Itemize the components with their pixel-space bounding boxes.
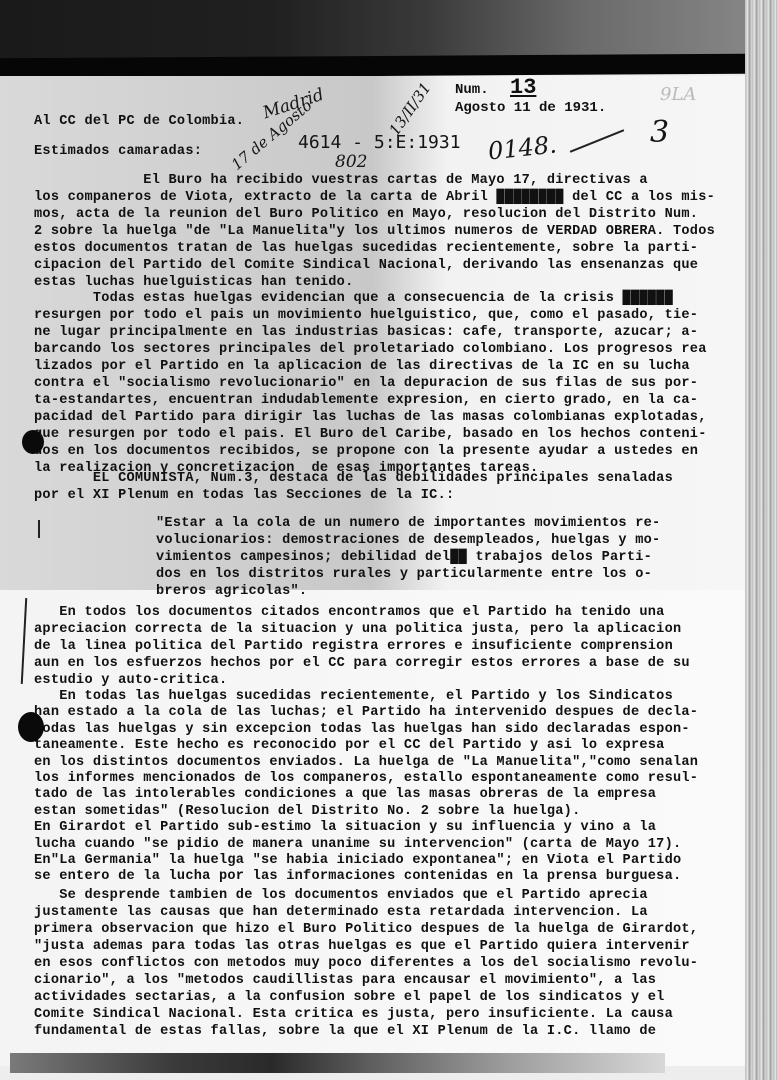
text-line: fundamental de estas fallas, sobre la qu… — [34, 1023, 656, 1040]
text-line: lucha cuando "se pidio de manera unanime… — [34, 836, 681, 853]
text-line: EL COMUNISTA, Num.3, destaca de las debi… — [34, 470, 673, 487]
text-line: aun en los esfuerzos hechos por el CC pa… — [34, 655, 690, 672]
quote-line: dos en los distritos rurales y particula… — [156, 566, 652, 583]
document-date: Agosto 11 de 1931. — [455, 100, 606, 116]
scan-top-band — [0, 54, 745, 79]
ink-blot — [18, 712, 44, 742]
ink-blot — [22, 430, 44, 454]
text-line: en esos conflictos con metodos muy poco … — [34, 955, 698, 972]
salutation: Estimados camaradas: — [34, 143, 202, 160]
text-line: justamente las causas que han determinad… — [34, 904, 648, 921]
text-line: estos documentos tratan de las huelgas s… — [34, 240, 698, 257]
text-line: ne lugar principalmente en las industria… — [34, 324, 698, 341]
text-line: taneamente. Este hecho es reconocido por… — [34, 737, 665, 754]
text-line: se entero de la lucha por las informacio… — [34, 868, 681, 885]
text-line: "justa ademas para todas las otras huelg… — [34, 938, 690, 955]
page-number-handwritten: 3 — [650, 115, 669, 150]
quote-line: breros agricolas". — [156, 583, 307, 600]
document-number: 13 — [510, 75, 536, 100]
quote-line: vimientos campesinos; debilidad del██ tr… — [156, 549, 652, 566]
text-line: han estado a la cola de las luchas; el P… — [34, 704, 698, 721]
text-line: en los distintos documentos enviados. La… — [34, 754, 698, 771]
stamp-number: 4614 - 5:E:1931 — [298, 132, 461, 153]
text-line: por el XI Plenum en todas las Secciones … — [34, 487, 454, 504]
text-line: pacidad del Partido para dirigir las luc… — [34, 409, 707, 426]
text-line: primera observacion que hizo el Buro Pol… — [34, 921, 698, 938]
text-line: Comite Sindical Nacional. Esta critica e… — [34, 1006, 673, 1023]
text-line: estan sometidas" (Resolucion del Distrit… — [34, 803, 581, 820]
text-line: actividades sectarias, a la confusion so… — [34, 989, 665, 1006]
text-line: estas luchas huelguisticas han tenido. — [34, 274, 354, 291]
text-line: todas las huelgas y sin excepcion todas … — [34, 721, 690, 738]
faded-note: 9LA — [660, 84, 696, 105]
scan-right-edge — [745, 0, 777, 1080]
text-line: 2 sobre la huelga "de "La Manuelita"y lo… — [34, 223, 715, 240]
text-line: En"La Germania" la huelga "se habia inic… — [34, 852, 681, 869]
quote-line: "Estar a la cola de un numero de importa… — [156, 515, 660, 532]
text-line: ta-estandartes, encuentran indudablement… — [34, 392, 698, 409]
text-line: cipacion del Partido del Comite Sindical… — [34, 257, 698, 274]
text-line: estudio y auto-critica. — [34, 672, 227, 689]
text-line: Se desprende tambien de los documentos e… — [34, 887, 648, 904]
document-number-label: Num. — [455, 82, 489, 98]
text-line: barcando los sectores principales del pr… — [34, 341, 707, 358]
text-line: En todas las huelgas sucedidas recientem… — [34, 688, 673, 705]
text-line: resurgen por todo el pais un movimiento … — [34, 307, 698, 324]
margin-mark — [38, 520, 40, 538]
text-line: contra el "socialismo revolucionario" en… — [34, 375, 698, 392]
text-line: En Girardot el Partido sub-estimo la sit… — [34, 819, 656, 836]
quote-line: volucionarios: demostraciones de desempl… — [156, 532, 660, 549]
text-line: mos, acta de la reunion del Buro Politic… — [34, 206, 698, 223]
text-line: El Buro ha recibido vuestras cartas de M… — [34, 172, 648, 189]
scan-bottom-band — [10, 1053, 665, 1073]
text-line: que resurgen por todo el pais. El Buro d… — [34, 426, 707, 443]
text-line: En todos los documentos citados encontra… — [34, 604, 665, 621]
addressee: Al CC del PC de Colombia. — [34, 113, 244, 130]
text-line: de la linea politica del Partido registr… — [34, 638, 673, 655]
text-line: apreciacion correcta de la situacion y u… — [34, 621, 681, 638]
text-line: tado de las intolerables condiciones a q… — [34, 786, 656, 803]
text-line: Todas estas huelgas evidencian que a con… — [34, 290, 673, 307]
text-line: los informes mencionados de los companer… — [34, 770, 698, 787]
text-line: lizados por el Partido en la aplicacion … — [34, 358, 690, 375]
text-line: dos en los documentos recibidos, se prop… — [34, 443, 698, 460]
handwritten-note: 802 — [335, 152, 367, 172]
text-line: los companeros de Viota, extracto de la … — [34, 189, 715, 206]
text-line: cionario", a los "metodos caudillistas p… — [34, 972, 656, 989]
